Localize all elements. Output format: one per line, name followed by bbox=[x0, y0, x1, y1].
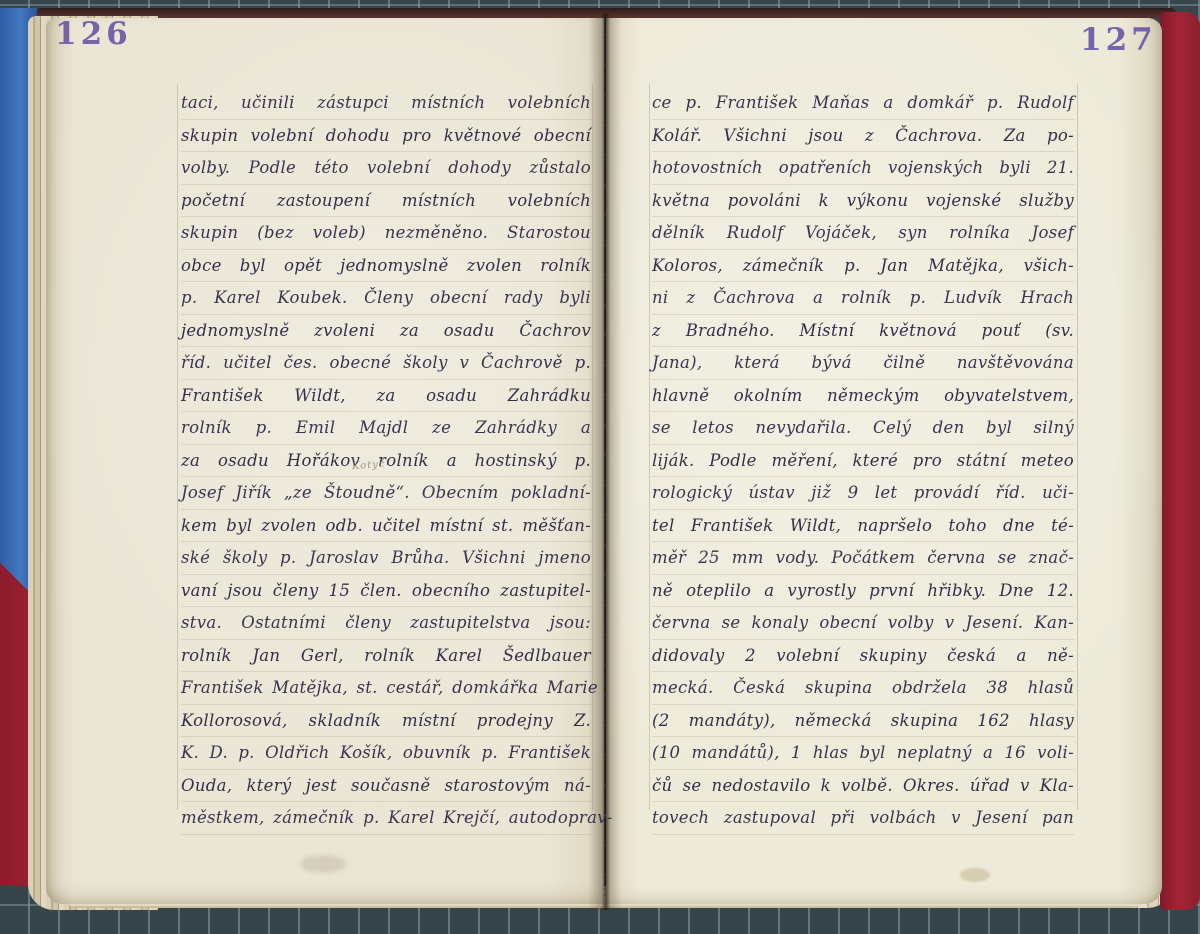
paper-stain bbox=[960, 868, 990, 882]
handwritten-line: kem byl zvolen odb. učitel místní st. mě… bbox=[181, 510, 591, 543]
handwritten-line: ně oteplilo a vyrostly první hřibky. Dne… bbox=[652, 575, 1074, 608]
handwritten-line: tel František Wildt, napršelo toho dne t… bbox=[652, 510, 1074, 543]
handwritten-line: ské školy p. Jaroslav Brůha. Všichni jme… bbox=[181, 542, 591, 575]
handwritten-line: června se konaly obecní volby v Jesení. … bbox=[652, 607, 1074, 640]
handwritten-line: měř 25 mm vody. Počátkem června se znač- bbox=[652, 542, 1074, 575]
handwritten-line: skupin volební dohodu pro květnové obecn… bbox=[181, 120, 591, 153]
handwritten-line: početní zastoupení místních volebních bbox=[181, 185, 591, 218]
pencil-annotation: Kotyč bbox=[352, 459, 386, 472]
chronicle-scan: 126 127 taci, učinili zástupci místních … bbox=[0, 0, 1200, 934]
handwritten-line: Ouda, který jest současně starostovým ná… bbox=[181, 770, 591, 803]
margin-guide-right-page-end bbox=[1077, 84, 1078, 810]
paper-stain bbox=[300, 855, 346, 873]
handwritten-line: stva. Ostatními členy zastupitelstva jso… bbox=[181, 607, 591, 640]
handwritten-line: vaní jsou členy 15 člen. obecního zastup… bbox=[181, 575, 591, 608]
handwritten-line: František Matějka, st. cestář, domkářka … bbox=[181, 672, 591, 705]
handwritten-line: František Wildt, za osadu Zahrádku bbox=[181, 380, 591, 413]
handwritten-line: rolník Jan Gerl, rolník Karel Šedlbauer bbox=[181, 640, 591, 673]
page-number-left: 126 bbox=[55, 16, 132, 52]
handwritten-line: volby. Podle této volební dohody zůstalo bbox=[181, 152, 591, 185]
handwritten-line: didovaly 2 volební skupiny česká a ně- bbox=[652, 640, 1074, 673]
margin-guide-left-page-end bbox=[592, 84, 593, 810]
handwritten-line: z Bradného. Místní květnová pouť (sv. bbox=[652, 315, 1074, 348]
handwritten-line: hotovostních opatřeních vojenských byli … bbox=[652, 152, 1074, 185]
handwritten-line: městkem, zámečník p. Karel Krejčí, autod… bbox=[181, 802, 591, 835]
handwritten-line: K. D. p. Oldřich Košík, obuvník p. Frant… bbox=[181, 737, 591, 770]
left-page-text: taci, učinili zástupci místních volebníc… bbox=[181, 87, 591, 835]
handwritten-line: za osadu Hořákov rolník a hostinský p. bbox=[181, 445, 591, 478]
page-number-right: 127 bbox=[1080, 22, 1157, 58]
handwritten-line: Koloros, zámečník p. Jan Matějka, všich- bbox=[652, 250, 1074, 283]
handwritten-line: rolník p. Emil Majdl ze Zahrádky a bbox=[181, 412, 591, 445]
margin-guide-right-page-start bbox=[649, 84, 650, 810]
handwritten-line: liják. Podle měření, které pro státní me… bbox=[652, 445, 1074, 478]
handwritten-line: se letos nevydařila. Celý den byl silný bbox=[652, 412, 1074, 445]
handwritten-line: dělník Rudolf Vojáček, syn rolníka Josef bbox=[652, 217, 1074, 250]
handwritten-line: jednomyslně zvoleni za osadu Čachrov bbox=[181, 315, 591, 348]
right-page-text: ce p. František Maňas a domkář p. Rudolf… bbox=[652, 87, 1074, 835]
margin-guide-left-page-start bbox=[177, 84, 178, 810]
handwritten-line: taci, učinili zástupci místních volebníc… bbox=[181, 87, 591, 120]
handwritten-line: tovech zastupoval při volbách v Jesení p… bbox=[652, 802, 1074, 835]
handwritten-line: Jana), která bývá čilně navštěvována bbox=[652, 347, 1074, 380]
handwritten-line: říd. učitel čes. obecné školy v Čachrově… bbox=[181, 347, 591, 380]
handwritten-line: mecká. Česká skupina obdržela 38 hlasů bbox=[652, 672, 1074, 705]
handwritten-line: p. Karel Koubek. Členy obecní rady byli bbox=[181, 282, 591, 315]
handwritten-line: obce byl opět jednomyslně zvolen rolník bbox=[181, 250, 591, 283]
book-gutter-shadow bbox=[588, 14, 622, 910]
handwritten-line: ni z Čachrova a rolník p. Ludvík Hrach bbox=[652, 282, 1074, 315]
handwritten-line: Josef Jiřík „ze Štoudně“. Obecním poklad… bbox=[181, 477, 591, 510]
handwritten-line: rologický ústav již 9 let provádí říd. u… bbox=[652, 477, 1074, 510]
handwritten-line: Kollorosová, skladník místní prodejny Z. bbox=[181, 705, 591, 738]
handwritten-line: ce p. František Maňas a domkář p. Rudolf bbox=[652, 87, 1074, 120]
book-cover-right bbox=[1160, 12, 1200, 910]
handwritten-line: Kolář. Všichni jsou z Čachrova. Za po- bbox=[652, 120, 1074, 153]
handwritten-line: (10 mandátů), 1 hlas byl neplatný a 16 v… bbox=[652, 737, 1074, 770]
handwritten-line: (2 mandáty), německá skupina 162 hlasy bbox=[652, 705, 1074, 738]
handwritten-line: května povoláni k výkonu vojenské služby bbox=[652, 185, 1074, 218]
handwritten-line: skupin (bez voleb) nezměněno. Starostou bbox=[181, 217, 591, 250]
handwritten-line: čů se nedostavilo k volbě. Okres. úřad v… bbox=[652, 770, 1074, 803]
handwritten-line: hlavně okolním německým obyvatelstvem, bbox=[652, 380, 1074, 413]
